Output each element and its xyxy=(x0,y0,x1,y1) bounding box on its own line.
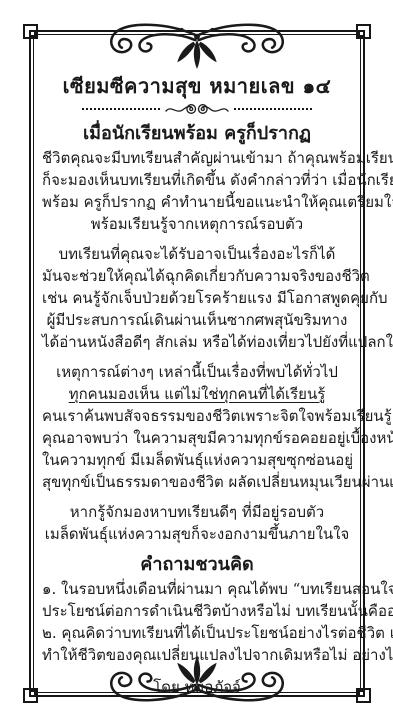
corner-ornament-icon xyxy=(356,24,371,39)
flourish-top-icon xyxy=(86,21,308,71)
paragraph-1: ชีวิตคุณจะมีบทเรียนสำคัญผ่านเข้ามา ถ้าคุ… xyxy=(42,147,352,235)
corner-ornament-icon xyxy=(23,688,38,703)
text-line: ก็จะมองเห็นบทเรียนที่เกิดขึ้น ดังคำกล่าว… xyxy=(42,169,352,191)
question-line: ๒. คุณคิดว่าบทเรียนที่ได้เป็นประโยชน์อย่… xyxy=(42,622,352,644)
paragraph-2: บทเรียนที่คุณจะได้รับอาจเป็นเรื่องอะไรก็… xyxy=(42,243,352,353)
questions-paragraph: ๑. ในรอบหนึ่งเดือนที่ผ่านมา คุณได้พบ “บท… xyxy=(42,578,352,666)
questions-heading: คำถามชวนคิด xyxy=(42,553,352,577)
text-line: เช่น คนรู้จักเจ็บป่วยด้วยโรคร้ายแรง มีโอ… xyxy=(42,287,352,309)
text-line: ชีวิตคุณจะมีบทเรียนสำคัญผ่านเข้ามา ถ้าคุ… xyxy=(42,147,352,169)
text-line: สุขทุกข์เป็นธรรมดาของชีวิต ผลัดเปลี่ยนหม… xyxy=(42,471,352,493)
lesson-heading: เมื่อนักเรียนพร้อม ครูก็ปรากฏ xyxy=(42,122,352,146)
text-line: เมล็ดพันธุ์แห่งความสุขก็จะงอกงามขึ้นภายใ… xyxy=(42,523,352,545)
corner-ornament-icon xyxy=(356,688,371,703)
card-frame: เซียมซีความสุข หมายเลข ๑๔ xyxy=(29,30,365,697)
dotted-line xyxy=(234,108,312,110)
paragraph-4: หากรู้จักมองหาบทเรียนดีๆ ที่มีอยู่รอบตัว… xyxy=(42,501,352,545)
fortune-card-page: เซียมซีความสุข หมายเลข ๑๔ xyxy=(0,0,393,727)
text-line: พร้อมเรียนรู้จากเหตุการณ์รอบตัว xyxy=(42,213,352,235)
page-title: เซียมซีความสุข หมายเลข ๑๔ xyxy=(42,73,352,99)
text-line: บทเรียนที่คุณจะได้รับอาจเป็นเรื่องอะไรก็… xyxy=(42,243,352,265)
corner-ornament-icon xyxy=(23,24,38,39)
card-inner-frame: เซียมซีความสุข หมายเลข ๑๔ xyxy=(33,34,361,693)
dotted-line xyxy=(82,108,160,110)
paragraph-3: เหตุการณ์ต่างๆ เหล่านี้เป็นเรื่องที่พบได… xyxy=(42,361,352,493)
text-line: หากรู้จักมองหาบทเรียนดีๆ ที่มีอยู่รอบตัว xyxy=(42,501,352,523)
text-line: ในความทุกข์ มีเมล็ดพันธุ์แห่งความสุขซุกซ… xyxy=(42,449,352,471)
scroll-divider-icon xyxy=(164,100,230,118)
text-line: ผู้มีประสบการณ์เดินผ่านเห็นซากศพสุนัขริม… xyxy=(42,309,352,331)
question-line: ประโยชน์ต่อการดำเนินชีวิตบ้างหรือไม่ บทเ… xyxy=(42,600,352,622)
text-line: คุณอาจพบว่า ในความสุขมีความทุกข์รอคอยอยู… xyxy=(42,427,352,449)
flourish-bottom-icon xyxy=(86,654,308,704)
text-line: เหตุการณ์ต่างๆ เหล่านี้เป็นเรื่องที่พบได… xyxy=(42,361,352,383)
text-line: พร้อม ครูก็ปรากฏ คำทำนายนี้ขอแนะนำให้คุณ… xyxy=(42,191,352,213)
underlined-text-line: ทุกคนมองเห็น แต่ไม่ใช่ทุกคนที่ได้เรียนรู… xyxy=(42,383,352,405)
card-content: เซียมซีความสุข หมายเลข ๑๔ xyxy=(34,35,360,692)
text-line: คนเราค้นพบสัจจธรรมของชีวิตเพราะจิตใจพร้อ… xyxy=(42,405,352,427)
title-divider xyxy=(82,100,312,118)
text-line: ได้อ่านหนังสือดีๆ สักเล่ม หรือได้ท่องเที… xyxy=(42,331,352,353)
text-line: มันจะช่วยให้คุณได้ฉุกคิดเกี่ยวกับความจริ… xyxy=(42,265,352,287)
question-line: ๑. ในรอบหนึ่งเดือนที่ผ่านมา คุณได้พบ “บท… xyxy=(42,578,352,600)
